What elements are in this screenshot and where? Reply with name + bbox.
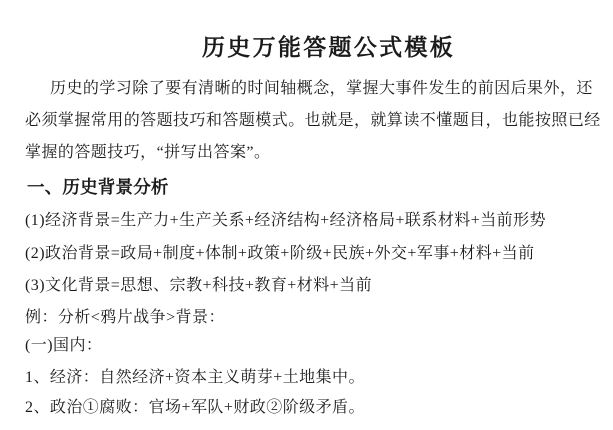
document-page: 历史万能答题公式模板 历史的学习除了要有清晰的时间轴概念，掌握大事件发生的前因后… [0,0,613,430]
formula-line-cultural-background: (3)文化背景=思想、宗教+科技+教育+材料+当前 [25,276,372,295]
section-heading-historical-background: 一、历史背景分析 [27,176,169,198]
formula-line-political-background: (2)政治背景=政局+制度+体制+政策+阶级+民族+外交+军事+材料+当前 [25,244,535,263]
politics-analysis-line: 2、政治①腐败：官场+军队+财政②阶级矛盾。 [25,398,365,417]
intro-paragraph-line: 历史的学习除了要有清晰的时间轴概念，掌握大事件发生的前因后果外，还 [50,79,593,98]
page-title: 历史万能答题公式模板 [0,33,613,63]
domestic-section-label: (一)国内： [25,336,102,355]
intro-paragraph-line: 必须掌握常用的答题技巧和答题模式。也就是，就算读不懂题目，也能按照已经 [25,111,601,130]
intro-paragraph-line: 掌握的答题技巧，“拼写出答案”。 [25,143,270,162]
formula-line-economic-background: (1)经济背景=生产力+生产关系+经济结构+经济格局+联系材料+当前形势 [25,211,546,230]
economy-analysis-line: 1、经济：自然经济+资本主义萌芽+土地集中。 [25,368,365,387]
example-opium-war-line: 例：分析<鸦片战争>背景： [25,308,225,327]
